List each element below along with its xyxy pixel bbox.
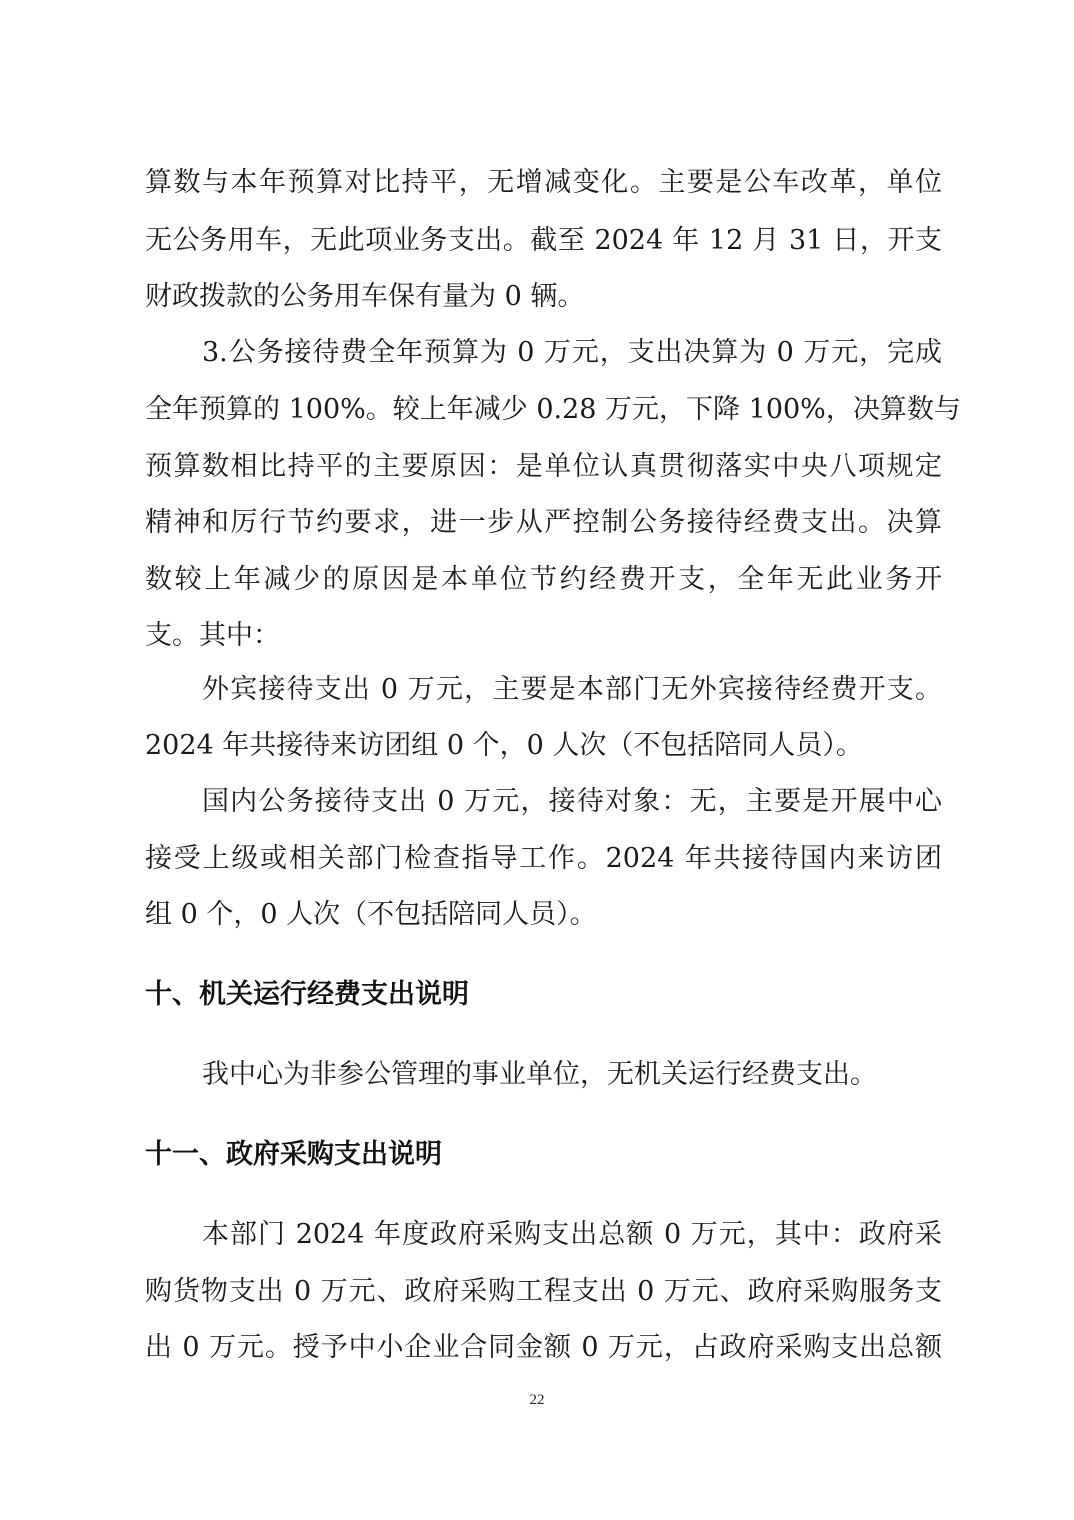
text-line: 预算数相比持平的主要原因：是单位认真贯彻落实中央八项规定	[145, 447, 942, 487]
text-line: 我中心为非参公管理的事业单位，无机关运行经费支出。	[202, 1055, 942, 1095]
text-line: 财政拨款的公务用车保有量为 0 辆。	[145, 277, 942, 317]
text-line: 2024 年共接待来访团组 0 个，0 人次（不包括陪同人员）。	[145, 726, 942, 766]
text-line: 组 0 个，0 人次（不包括陪同人员）。	[145, 895, 942, 935]
text-line: 接受上级或相关部门检查指导工作。2024 年共接待国内来访团	[145, 839, 942, 879]
text-line: 购货物支出 0 万元、政府采购工程支出 0 万元、政府采购服务支	[145, 1272, 942, 1312]
text-line: 3.公务接待费全年预算为 0 万元，支出决算为 0 万元，完成	[202, 333, 942, 373]
text-line: 算数与本年预算对比持平，无增减变化。主要是公车改革，单位	[145, 163, 942, 203]
section-heading: 十一、政府采购支出说明	[145, 1135, 442, 1175]
text-line: 本部门 2024 年度政府采购支出总额 0 万元，其中：政府采	[202, 1215, 942, 1255]
text-line: 外宾接待支出 0 万元，主要是本部门无外宾接待经费开支。	[202, 670, 942, 710]
text-line: 精神和厉行节约要求，进一步从严控制公务接待经费支出。决算	[145, 503, 942, 543]
text-line: 数较上年减少的原因是本单位节约经费开支，全年无此业务开	[145, 560, 942, 600]
section-heading: 十、机关运行经费支出说明	[145, 975, 469, 1015]
document-page: 算数与本年预算对比持平，无增减变化。主要是公车改革，单位 无公务用车，无此项业务…	[0, 0, 1074, 1520]
text-line: 全年预算的 100%。较上年减少 0.28 万元，下降 100%，决算数与	[145, 390, 942, 430]
text-line: 支。其中：	[145, 616, 942, 656]
text-line: 出 0 万元。授予中小企业合同金额 0 万元，占政府采购支出总额	[145, 1328, 942, 1368]
text-line: 无公务用车，无此项业务支出。截至 2024 年 12 月 31 日，开支	[145, 221, 942, 261]
page-number: 22	[0, 1392, 1074, 1409]
text-line: 国内公务接待支出 0 万元，接待对象：无，主要是开展中心	[202, 782, 942, 822]
